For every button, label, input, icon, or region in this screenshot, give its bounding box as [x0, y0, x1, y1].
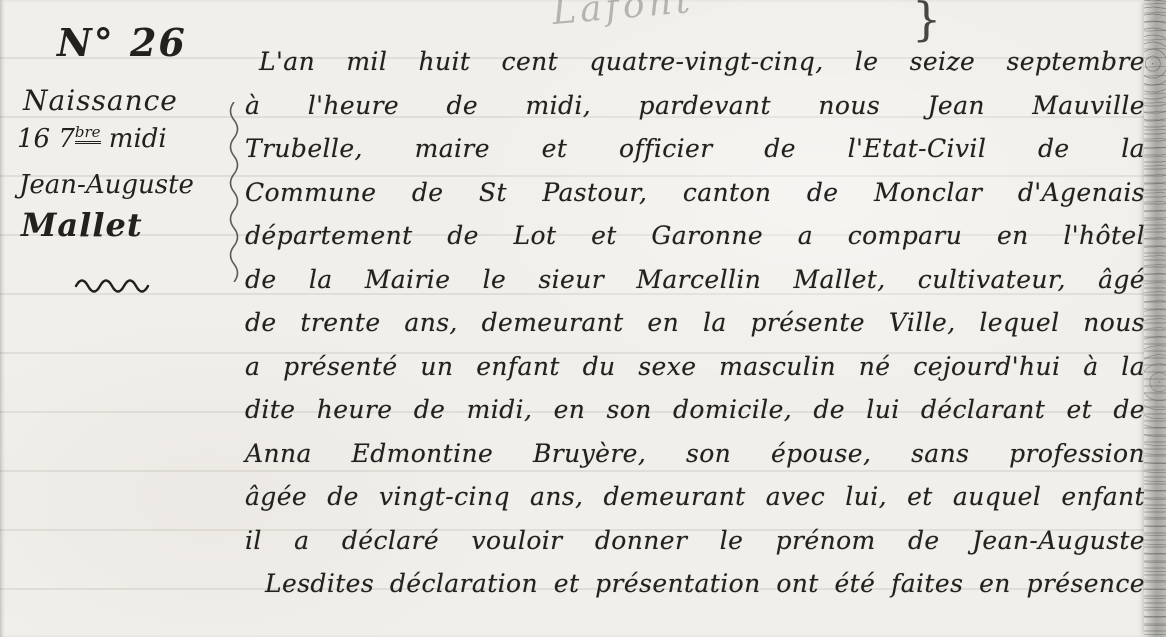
ghost-overleaf-text: Lafont: [550, 0, 695, 33]
body-line: âgée de vingt-cinq ans, demeurant avec l…: [245, 475, 1145, 519]
act-body-text: L'an mil huit cent quatre-vingt-cinq, le…: [245, 40, 1145, 606]
body-line: de trente ans, demeurant en la présente …: [245, 301, 1145, 345]
act-date-time: midi: [101, 124, 167, 154]
body-line: Commune de St Pastour, canton de Monclar…: [245, 171, 1145, 215]
body-line: de la Mairie le sieur Marcellin Mallet, …: [245, 258, 1145, 302]
body-line: L'an mil huit cent quatre-vingt-cinq, le…: [245, 40, 1145, 84]
registry-page-scan: Lafont } N° 26 Naissance 16 7bre midi Je…: [0, 0, 1166, 637]
body-line: Trubelle, maire et officier de l'Etat-Ci…: [245, 127, 1145, 171]
body-line: Lesdites déclaration et présentation ont…: [245, 562, 1145, 606]
flourish-squiggle-icon: [73, 272, 151, 300]
margin-annotation-column: N° 26 Naissance 16 7bre midi Jean-August…: [15, 0, 230, 637]
act-date-day-month: 16 7: [17, 124, 75, 154]
act-type-label: Naissance: [23, 84, 178, 117]
page-binding-edge: [1144, 0, 1166, 637]
body-line: il a déclaré vouloir donner le prénom de…: [245, 519, 1145, 563]
act-date: 16 7bre midi: [17, 124, 167, 154]
left-margin-brace-icon: [225, 102, 239, 296]
act-number: N° 26: [57, 20, 187, 65]
body-line: Anna Edmontine Bruyère, son épouse, sans…: [245, 432, 1145, 476]
act-date-month-superscript: bre: [75, 123, 101, 144]
body-line: à l'heure de midi, pardevant nous Jean M…: [245, 84, 1145, 128]
body-line: département de Lot et Garonne a comparu …: [245, 214, 1145, 258]
child-surname: Mallet: [21, 206, 143, 244]
child-given-names: Jean-Auguste: [19, 170, 194, 200]
body-line: dite heure de midi, en son domicile, de …: [245, 388, 1145, 432]
body-line: a présenté un enfant du sexe masculin né…: [245, 345, 1145, 389]
